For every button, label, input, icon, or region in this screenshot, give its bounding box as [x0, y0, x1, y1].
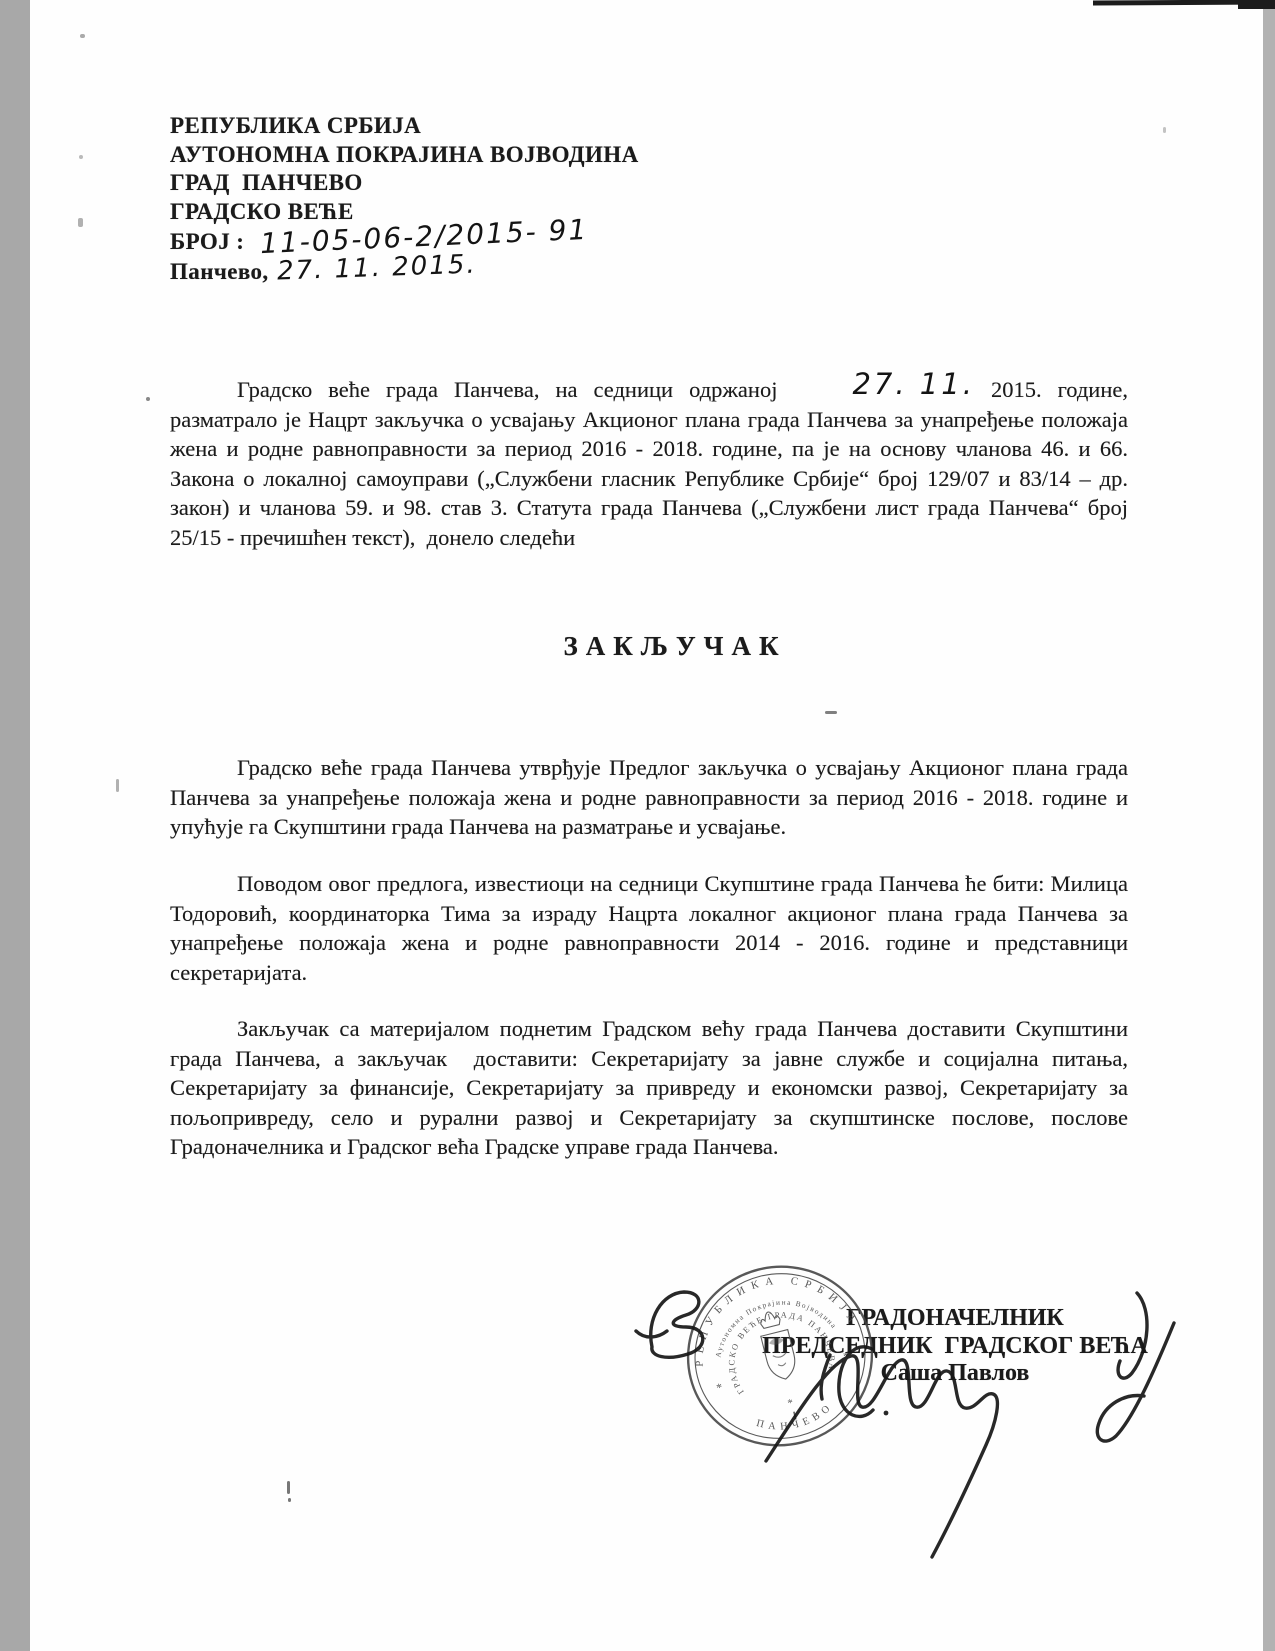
handwritten-signature: [600, 1265, 1240, 1575]
scan-edge-right: [1263, 0, 1275, 1651]
session-date-handwritten: 27. 11.: [777, 379, 990, 389]
document-place-label: Панчево,: [170, 259, 269, 284]
scan-speck: [116, 779, 119, 792]
scan-edge-left: [0, 0, 30, 1651]
scan-speck: [825, 711, 837, 714]
document-date-handwritten: 27. 11. 2015.: [276, 250, 477, 286]
letterhead-province: АУТОНОМНА ПОКРАЈИНА ВОЈВОДИНА: [170, 141, 639, 170]
signature-dot: [884, 1411, 889, 1416]
paragraph-distribution: Закључак са материјалом поднетим Градско…: [170, 1014, 1128, 1162]
letterhead: РЕПУБЛИКА СРБИЈА АУТОНОМНА ПОКРАЈИНА ВОЈ…: [170, 112, 639, 287]
signature-tall-loop: [1097, 1293, 1174, 1441]
paragraph-intro-text: Градско веће града Панчева, на седници о…: [237, 377, 777, 402]
paragraph-decision: Градско веће града Панчева утврђује Пред…: [170, 753, 1128, 842]
letterhead-city: ГРАД ПАНЧЕВО: [170, 169, 639, 198]
signature-main-flourish: [766, 1356, 997, 1557]
scan-speck: [287, 1481, 290, 1494]
scanned-document-page: РЕПУБЛИКА СРБИЈА АУТОНОМНА ПОКРАЈИНА ВОЈ…: [0, 0, 1275, 1651]
scan-speck: [146, 397, 150, 401]
signature-paraph-left: [636, 1292, 703, 1357]
scan-speck: [79, 155, 83, 159]
document-number-label: БРОЈ :: [170, 229, 244, 254]
paragraph-intro: Градско веће града Панчева, на седници о…: [170, 375, 1128, 552]
document-date-line: Панчево,27. 11. 2015.: [170, 257, 639, 287]
scan-speck: [1163, 127, 1166, 133]
scan-speck: [80, 34, 85, 38]
scan-speck: [288, 1498, 291, 1502]
document-title: ЗАКЉУЧАК: [170, 631, 1180, 662]
paragraph-rapporteurs: Поводом овог предлога, известиоци на сед…: [170, 869, 1128, 987]
letterhead-republic: РЕПУБЛИКА СРБИЈА: [170, 112, 639, 141]
scan-speck: [78, 218, 83, 227]
scan-edge-top-corner: [1238, 0, 1275, 9]
paragraph-intro-text-cont: 2015. године, разматрало је Нацрт закључ…: [170, 377, 1128, 550]
